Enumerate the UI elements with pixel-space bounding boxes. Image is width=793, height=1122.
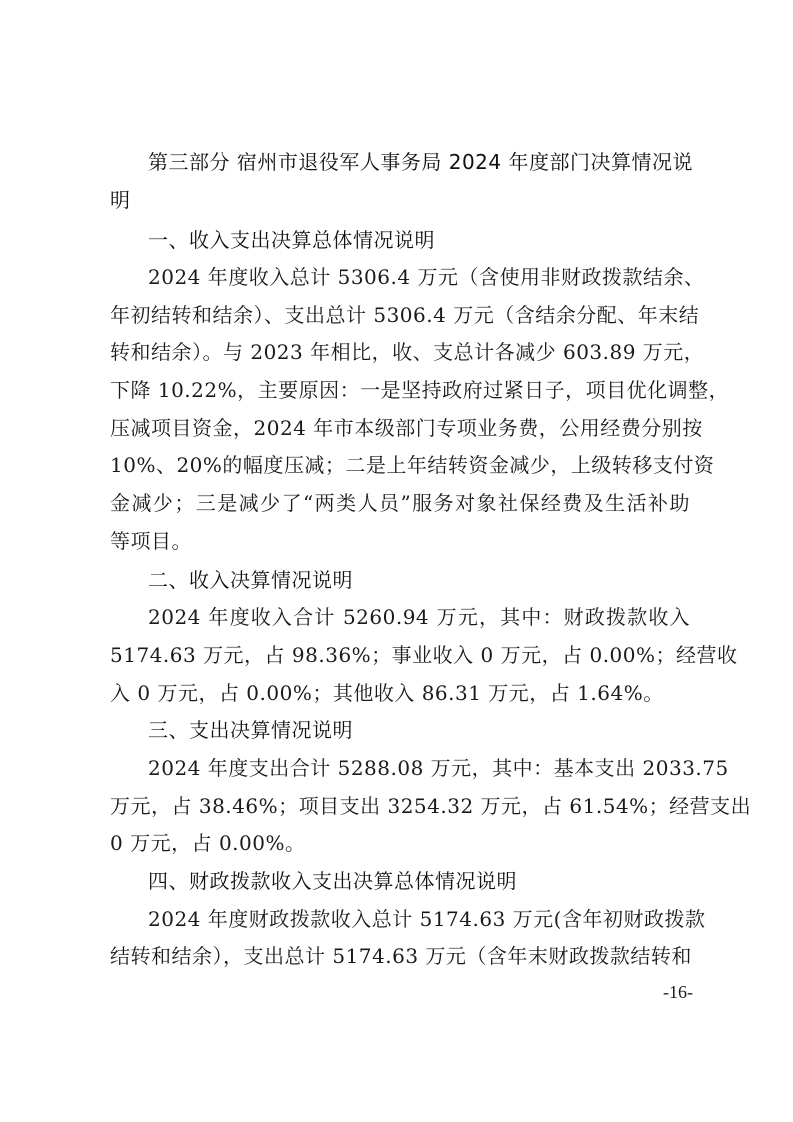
paragraph-line: 压减项目资金，2024 年市本级部门专项业务费，公用经费分别按 — [110, 414, 690, 442]
paragraph-line: 10%、20%的幅度压减；二是上年结转资金减少，上级转移支付资 — [110, 451, 690, 479]
paragraph-line: 2024 年度财政拨款收入总计 5174.63 万元(含年初财政拨款 — [148, 905, 690, 933]
paragraph-line: 万元，占 38.46%；项目支出 3254.32 万元，占 61.54%；经营支… — [110, 792, 690, 820]
paragraph-line: 下降 10.22%，主要原因：一是坚持政府过紧日子，项目优化调整， — [110, 376, 690, 404]
section-heading-3: 三、支出决算情况说明 — [148, 716, 690, 744]
paragraph-line: 入 0 万元，占 0.00%；其他收入 86.31 万元，占 1.64%。 — [110, 679, 690, 707]
section-heading-1: 一、收入支出决算总体情况说明 — [148, 226, 690, 254]
document-page: 第三部分 宿州市退役军人事务局 2024 年度部门决算情况说 明 一、收入支出决… — [0, 0, 793, 1122]
paragraph-line: 转和结余）。与 2023 年相比，收、支总计各减少 603.89 万元， — [110, 338, 690, 366]
document-title-line-2: 明 — [110, 186, 690, 214]
section-heading-4: 四、财政拨款收入支出决算总体情况说明 — [148, 867, 690, 895]
paragraph-line: 2024 年度收入总计 5306.4 万元（含使用非财政拨款结余、 — [148, 263, 690, 291]
paragraph-line: 2024 年度收入合计 5260.94 万元，其中：财政拨款收入 — [148, 603, 690, 631]
paragraph-line: 年初结转和结余）、支出总计 5306.4 万元（含结余分配、年末结 — [110, 301, 690, 329]
page-number: -16- — [663, 982, 693, 1003]
paragraph-line: 结转和结余），支出总计 5174.63 万元（含年末财政拨款结转和 — [110, 942, 690, 970]
paragraph-line: 5174.63 万元，占 98.36%；事业收入 0 万元，占 0.00%；经营… — [110, 641, 690, 669]
paragraph-line: 金减少；三是减少了“两类人员”服务对象社保经费及生活补助 — [110, 489, 690, 517]
paragraph-line: 0 万元，占 0.00%。 — [110, 829, 690, 857]
paragraph-line: 等项目。 — [110, 527, 690, 555]
paragraph-line: 2024 年度支出合计 5288.08 万元，其中：基本支出 2033.75 — [148, 754, 690, 782]
section-heading-2: 二、收入决算情况说明 — [148, 566, 690, 594]
document-title-line-1: 第三部分 宿州市退役军人事务局 2024 年度部门决算情况说 — [148, 148, 690, 176]
